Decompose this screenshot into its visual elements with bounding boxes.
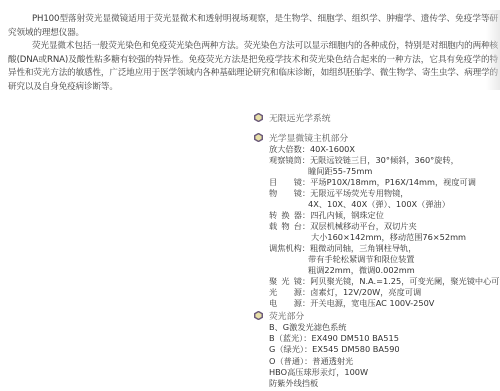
spec-value-cont: 带有手轮松紧调节和限位装置 (269, 254, 500, 265)
spec-focus: 调焦机构： 粗微动同轴，三角钢柱导轨， (269, 243, 500, 254)
spec-value: 卤素灯，12V/20W，亮度可调 (310, 287, 421, 298)
spec-label: 聚 (269, 276, 277, 287)
spec-value: 开关电源，宽电压AC 100V-250V (310, 298, 434, 309)
spec-label: 镜 (294, 188, 302, 199)
spec-label: 目 (269, 177, 277, 188)
spec-magnification: 放大倍数： 40X-1600X (269, 144, 500, 155)
spec-value: 双层机械移动平台，双切片夹 (310, 221, 416, 232)
intro-text: PH100型落射荧光显微镜适用于荧光显微术和透射明视场观察，是生物学、细胞学、组… (8, 13, 498, 94)
intro-paragraph-1: PH100型落射荧光显微镜适用于荧光显微术和透射明视场观察，是生物学、细胞学、组… (8, 13, 498, 40)
spec-objective: 物镜： 无限远平场荧光专用物镜， (269, 188, 500, 199)
spec-label: 光 (281, 276, 289, 287)
intro-paragraph-2: 荧光显微术包括一般荧光染色和免疫荧光染色两种方法。荧光染色方法可以显示细胞内的各… (8, 40, 498, 94)
fluorescence-line: 防紫外线挡板 (269, 378, 400, 389)
spec-label: 物 (269, 188, 277, 199)
section-title: 荧光部分 (269, 309, 304, 322)
spec-label: 调焦机构 (269, 243, 302, 254)
spec-label: 器 (294, 210, 302, 221)
spec-label: 换 (281, 210, 289, 221)
spec-condenser: 聚光镜： 阿贝聚光镜，N.A.=1.25，可变光阑，聚光镜中心可调 (269, 276, 500, 287)
spec-value: 无限远平场荧光专用物镜， (310, 188, 408, 199)
spec-label: 放大倍数 (269, 144, 302, 155)
section-fluorescence: 荧光部分 B、G激发光滤色系统 B（蓝光）：EX490 DM510 BA515 … (254, 309, 400, 389)
spec-label: 电 (269, 298, 277, 309)
spec-label: 镜 (294, 177, 302, 188)
fluorescence-line: B、G激发光滤色系统 (269, 322, 400, 333)
spec-value: 阿贝聚光镜，N.A.=1.25，可变光阑，聚光镜中心可调 (310, 276, 500, 287)
spec-label: 光 (269, 287, 277, 298)
hexagon-bullet-icon (254, 113, 263, 122)
spec-label: 源 (294, 287, 302, 298)
spec-nosepiece: 转换器： 四孔内倾，钢珠定位 (269, 210, 500, 221)
section-main-unit: 光学显微镜主机部分 放大倍数： 40X-1600X 观察镜筒： 无限远铰链三目，… (254, 131, 500, 309)
spec-label: 物 (281, 221, 289, 232)
fluorescence-line: O（普通）：普通透射光 (269, 356, 400, 367)
fluorescence-line: G（绿光）：EX545 DM580 BA590 (269, 344, 400, 355)
spec-value-cont: 大小160×142mm，移动范围76×52mm (269, 232, 500, 243)
spec-label: 载 (269, 221, 277, 232)
spec-power: 电源： 开关电源，宽电压AC 100V-250V (269, 298, 500, 309)
spec-viewing-head: 观察镜筒： 无限远铰链三目，30°倾斜，360°旋转， (269, 155, 500, 166)
spec-value-cont: 粗调22mm，微调0.002mm (269, 265, 500, 276)
spec-value: 平场P10X/18mm，P16X/14mm，视度可调 (310, 177, 476, 188)
section-title: 光学显微镜主机部分 (269, 131, 348, 144)
fluorescence-line: HBO高压球形汞灯，100W (269, 367, 400, 378)
spec-label: 观察镜筒 (269, 155, 302, 166)
spec-value: 无限远铰链三目，30°倾斜，360°旋转， (310, 155, 459, 166)
hexagon-bullet-icon (254, 133, 263, 142)
spec-label: 台 (294, 221, 302, 232)
spec-eyepiece: 目镜： 平场P10X/18mm，P16X/14mm，视度可调 (269, 177, 500, 188)
section-title: 无限远光学系统 (269, 111, 331, 124)
spec-value: 40X-1600X (310, 144, 355, 155)
spec-value-cont: 瞳间距55-75mm (269, 166, 500, 177)
spec-value: 粗微动同轴，三角钢柱导轨， (310, 243, 416, 254)
spec-label: 镜 (294, 276, 302, 287)
spec-label: 源 (294, 298, 302, 309)
spec-value: 四孔内倾，钢珠定位 (310, 210, 384, 221)
fluorescence-line: B（蓝光）：EX490 DM510 BA515 (269, 333, 400, 344)
spec-light-source: 光源： 卤素灯，12V/20W，亮度可调 (269, 287, 500, 298)
section-infinity-optics: 无限远光学系统 (254, 111, 331, 123)
page-edge-shadow (486, 10, 500, 90)
hexagon-bullet-icon (254, 311, 263, 320)
spec-stage: 载物台： 双层机械移动平台，双切片夹 (269, 221, 500, 232)
spec-label: 转 (269, 210, 277, 221)
spec-value-cont: 4X、10X、40X（弹）、100X（弹油） (269, 199, 500, 210)
